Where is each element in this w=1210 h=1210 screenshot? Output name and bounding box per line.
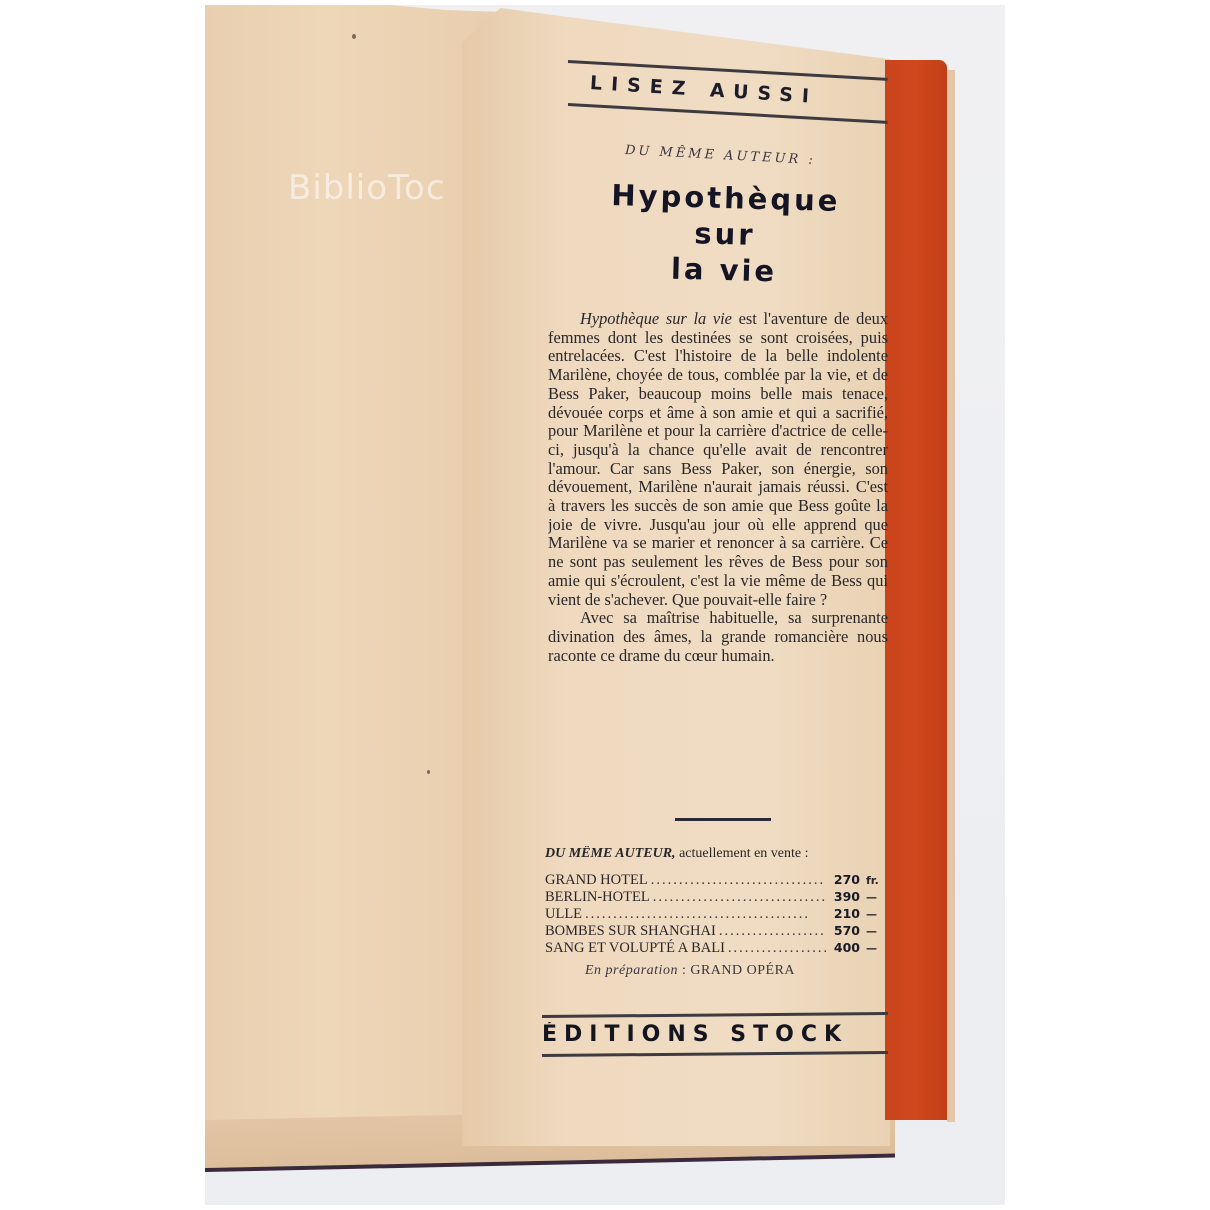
book-row-unit: — — [860, 891, 890, 904]
in-preparation: En préparation : GRAND OPÉRA — [585, 963, 795, 979]
blurb-text: Avec sa maîtrise habituelle, sa surprena… — [548, 608, 888, 664]
book-row-price: 210 — [832, 906, 860, 921]
leader-dots: ........................................ — [585, 906, 826, 923]
book-row-price: 400 — [832, 940, 860, 955]
leader-dots: ........................................ — [719, 923, 826, 940]
book-row-price: 570 — [832, 923, 860, 938]
in-preparation-separator: : — [678, 963, 690, 978]
book-row: BOMBES SUR SHANGHAI ....................… — [545, 923, 890, 940]
leader-dots: ........................................ — [653, 889, 826, 906]
publisher-name: ÉDITIONS STOCK — [542, 1022, 888, 1047]
in-preparation-label: En préparation — [585, 963, 678, 978]
book-row-title: BOMBES SUR SHANGHAI — [545, 923, 716, 940]
paper-speck — [352, 34, 356, 39]
cover-edge — [947, 70, 955, 1122]
book-row-unit: fr. — [860, 874, 890, 887]
blurb-text: est l'aventure de deux femmes dont les d… — [548, 310, 888, 609]
section-divider — [675, 818, 771, 821]
watermark: BiblioToc — [288, 168, 446, 208]
blurb: Hypothèque sur la vie est l'aventure de … — [548, 310, 888, 665]
book-list-heading-italic: DU MÊME AUTEUR, — [545, 846, 676, 861]
red-spine-strip — [885, 60, 947, 1120]
leader-dots: ........................................ — [651, 872, 826, 889]
book-row: GRAND HOTEL ............................… — [545, 872, 890, 889]
book-list: GRAND HOTEL ............................… — [545, 872, 890, 957]
book-row: ULLE ...................................… — [545, 906, 890, 923]
book-row-unit: — — [860, 925, 890, 938]
blurb-italic-lead: Hypothèque sur la vie — [580, 310, 732, 328]
book-list-heading-rest: actuellement en vente : — [676, 846, 809, 861]
book-list-heading: DU MÊME AUTEUR, actuellement en vente : — [545, 846, 890, 862]
book-row-unit: — — [860, 942, 890, 955]
leader-dots: ........................................ — [728, 940, 826, 957]
book-row-title: SANG ET VOLUPTÉ A BALI — [545, 940, 725, 957]
book-row-price: 390 — [832, 889, 860, 904]
in-preparation-title: GRAND OPÉRA — [690, 963, 795, 978]
book-row-unit: — — [860, 908, 890, 921]
book-row-title: ULLE — [545, 906, 582, 923]
book-row: BERLIN-HOTEL ...........................… — [545, 889, 890, 906]
book-title: Hypothèque sur la vie — [559, 176, 892, 293]
book-row-price: 270 — [832, 872, 860, 887]
paper-speck — [427, 770, 430, 774]
book-row: SANG ET VOLUPTÉ A BALI .................… — [545, 940, 890, 957]
book-row-title: BERLIN-HOTEL — [545, 889, 650, 906]
book-row-title: GRAND HOTEL — [545, 872, 648, 889]
blurb-paragraph: Hypothèque sur la vie est l'aventure de … — [548, 310, 888, 609]
blurb-paragraph: Avec sa maîtrise habituelle, sa surprena… — [548, 609, 888, 665]
